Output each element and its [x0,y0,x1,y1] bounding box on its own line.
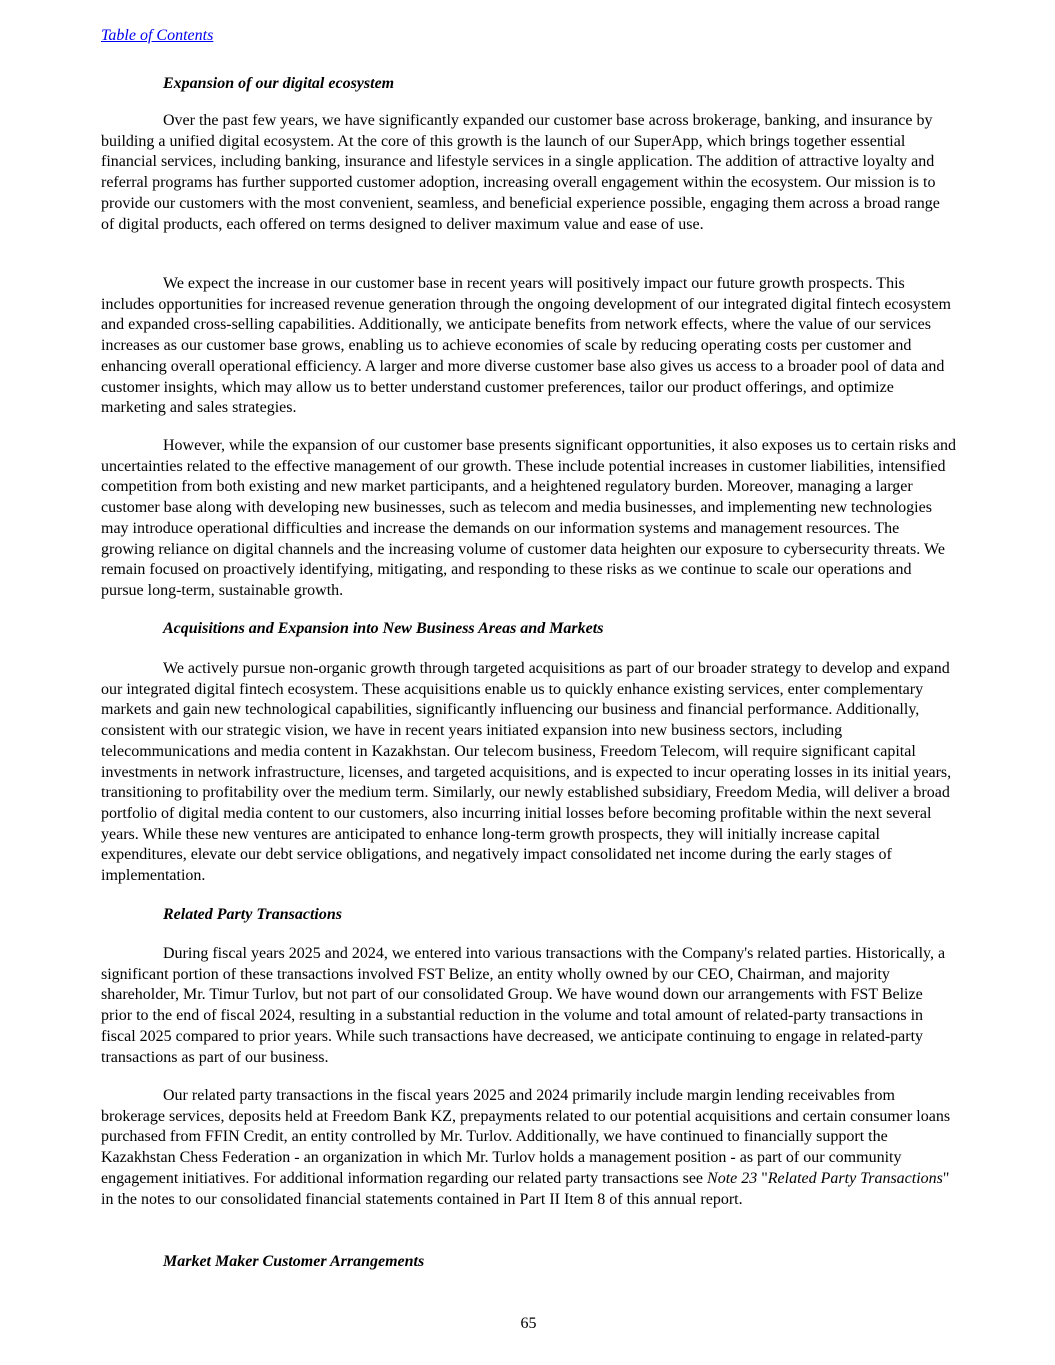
section-heading-acquisitions: Acquisitions and Expansion into New Busi… [163,619,603,639]
section-heading-related-party: Related Party Transactions [163,905,342,925]
paragraph-related-party-1: During fiscal years 2025 and 2024, we en… [101,944,956,1068]
quote-open: " [757,1170,768,1187]
table-of-contents-link[interactable]: Table of Contents [101,27,213,45]
section-heading-market-maker: Market Maker Customer Arrangements [163,1252,424,1272]
note-reference: Note 23 [707,1170,757,1187]
page-number: 65 [101,1315,956,1333]
note-title: Related Party Transactions [768,1170,943,1187]
paragraph-acquisitions-1: We actively pursue non-organic growth th… [101,659,956,887]
paragraph-ecosystem-1: Over the past few years, we have signifi… [101,111,956,235]
paragraph-related-party-2: Our related party transactions in the fi… [101,1086,956,1210]
paragraph-ecosystem-3: However, while the expansion of our cust… [101,436,956,602]
section-heading-digital-ecosystem: Expansion of our digital ecosystem [163,74,394,94]
paragraph-ecosystem-2: We expect the increase in our customer b… [101,274,956,419]
